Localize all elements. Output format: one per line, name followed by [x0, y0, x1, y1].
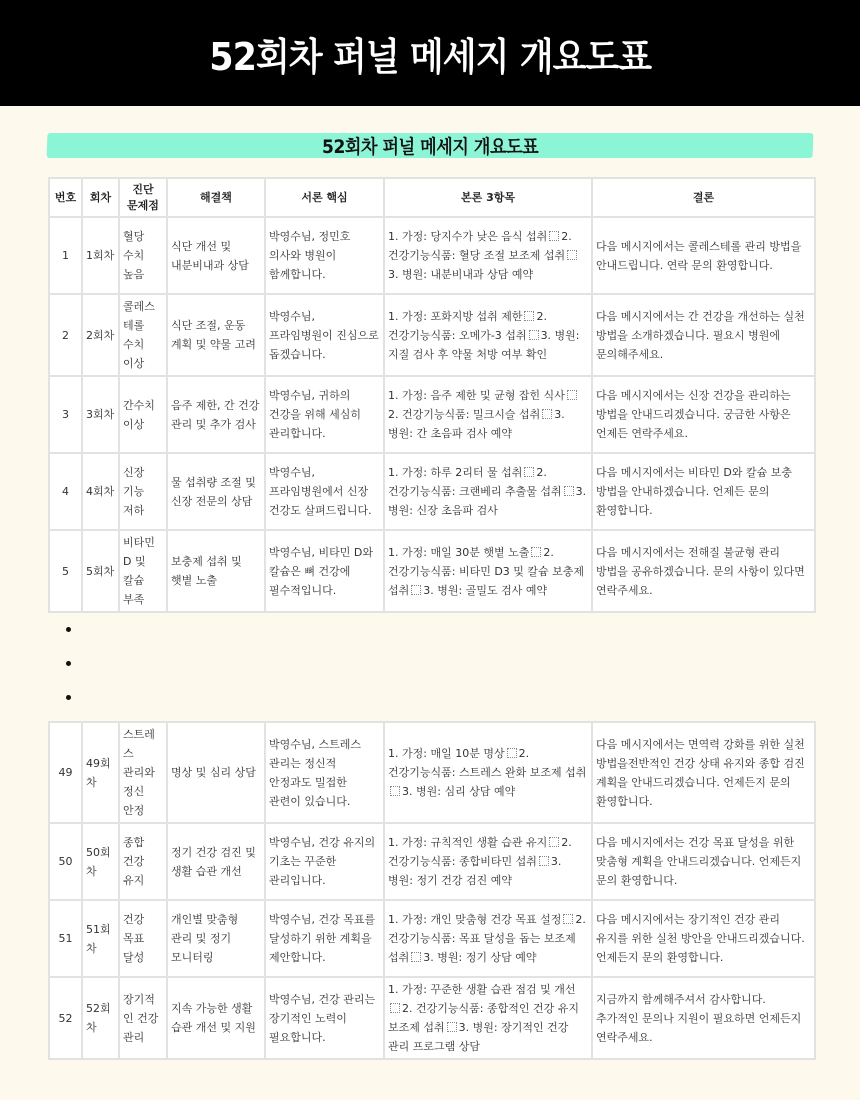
body-item: 1. 가정: 당지수가 낮은 음식 섭취 — [388, 230, 547, 243]
cell-intro: 박영수님, 스트레스 관리는 정신적 안정과도 밀접한 관련이 있습니다. — [265, 722, 384, 823]
cell-round: 1회차 — [82, 217, 119, 294]
body-item: 2. 건강기능식품: 밀크시슬 섭취 — [388, 408, 540, 421]
body-item: 3. 병원: 내분비내과 상담 예약 — [388, 268, 533, 281]
cell-problem: 장기적인 건강 관리 — [119, 977, 167, 1059]
cell-body: 1. 가정: 개인 맞춤형 건강 목표 설정2. 건강기능식품: 목표 달성을 … — [384, 900, 592, 977]
cell-problem: 혈당 수치 높음 — [119, 217, 167, 294]
table-row: 55회차비타민 D 및 칼슘 부족보충제 섭취 및 햇볕 노출박영수님, 비타민… — [49, 530, 815, 612]
cell-num: 52 — [49, 977, 82, 1059]
body-item: 3. 병원: 정기 상담 예약 — [423, 951, 536, 964]
cell-problem: 종합 건강 유지 — [119, 823, 167, 900]
cell-solution: 개인별 맞춤형 관리 및 정기 모니터링 — [167, 900, 265, 977]
cell-num: 5 — [49, 530, 82, 612]
cell-round: 49회차 — [82, 722, 119, 823]
cell-problem: 건강 목표 달성 — [119, 900, 167, 977]
table-header-row: 번호 회차 진단 문제점 해결책 서론 핵심 본론 3항목 결론 — [49, 178, 815, 217]
body-item: 1. 가정: 꾸준한 생활 습관 점검 및 개선 — [388, 983, 575, 996]
cell-num: 4 — [49, 453, 82, 530]
table-row: 33회차간수치 이상음주 제한, 간 건강 관리 및 추가 검사박영수님, 귀하… — [49, 376, 815, 453]
missing-glyph-icon — [390, 1003, 400, 1013]
col-header-solution: 해결책 — [167, 178, 265, 217]
cell-conclusion: 다음 메시지에서는 간 건강을 개선하는 실천 방법을 소개하겠습니다. 필요시… — [592, 294, 815, 376]
cell-conclusion: 지금까지 함께해주셔서 감사합니다. 추가적인 문의나 지원이 필요하면 언제든… — [592, 977, 815, 1059]
body-item: 1. 가정: 음주 제한 및 균형 잡힌 식사 — [388, 389, 565, 402]
cell-round: 52회차 — [82, 977, 119, 1059]
cell-intro: 박영수님, 프라임병원이 진심으로 돕겠습니다. — [265, 294, 384, 376]
missing-glyph-icon — [390, 786, 400, 796]
col-header-problem: 진단 문제점 — [119, 178, 167, 217]
missing-glyph-icon — [524, 467, 534, 477]
cell-round: 3회차 — [82, 376, 119, 453]
table-row: 5252회차장기적인 건강 관리지속 가능한 생활 습관 개선 및 지원박영수님… — [49, 977, 815, 1059]
cell-solution: 명상 및 심리 상담 — [167, 722, 265, 823]
missing-glyph-icon — [542, 409, 552, 419]
cell-round: 4회차 — [82, 453, 119, 530]
section-title: 52회차 퍼널 메세지 개요도표 — [322, 132, 538, 159]
missing-glyph-icon — [564, 486, 574, 496]
funnel-table-bottom: 4949회차스트레스 관리와 정신 안정명상 및 심리 상담박영수님, 스트레스… — [48, 721, 816, 1060]
cell-num: 49 — [49, 722, 82, 823]
missing-glyph-icon — [507, 748, 517, 758]
section-banner: 52회차 퍼널 메세지 개요도표 — [47, 133, 814, 158]
table-row: 5050회차종합 건강 유지정기 건강 검진 및 생활 습관 개선박영수님, 건… — [49, 823, 815, 900]
cell-solution: 식단 조절, 운동 계획 및 약물 고려 — [167, 294, 265, 376]
cell-conclusion: 다음 메시지에서는 건강 목표 달성을 위한 맞춤형 계획을 안내드리겠습니다.… — [592, 823, 815, 900]
col-header-conclusion: 결론 — [592, 178, 815, 217]
missing-glyph-icon — [563, 914, 573, 924]
cell-body: 1. 가정: 규칙적인 생활 습관 유지2. 건강기능식품: 종합비타민 섭취3… — [384, 823, 592, 900]
cell-round: 51회차 — [82, 900, 119, 977]
page-title: 52회차 퍼널 메세지 개요도표 — [209, 26, 651, 81]
cell-num: 50 — [49, 823, 82, 900]
cell-body: 1. 가정: 하루 2리터 물 섭취2. 건강기능식품: 크랜베리 추출물 섭취… — [384, 453, 592, 530]
cell-problem: 비타민 D 및 칼슘 부족 — [119, 530, 167, 612]
cell-conclusion: 다음 메시지에서는 면역력 강화를 위한 실천 방법을전반적인 건강 상태 유지… — [592, 722, 815, 823]
cell-intro: 박영수님, 건강 관리는 장기적인 노력이 필요합니다. — [265, 977, 384, 1059]
cell-body: 1. 가정: 음주 제한 및 균형 잡힌 식사2. 건강기능식품: 밀크시슬 섭… — [384, 376, 592, 453]
cell-num: 51 — [49, 900, 82, 977]
col-header-num: 번호 — [49, 178, 82, 217]
cell-problem: 스트레스 관리와 정신 안정 — [119, 722, 167, 823]
missing-glyph-icon — [529, 330, 539, 340]
cell-solution: 지속 가능한 생활 습관 개선 및 지원 — [167, 977, 265, 1059]
table-body-bottom: 4949회차스트레스 관리와 정신 안정명상 및 심리 상담박영수님, 스트레스… — [49, 722, 815, 1059]
body-item: 3. 병원: 골밀도 검사 예약 — [423, 584, 547, 597]
missing-glyph-icon — [524, 311, 534, 321]
cell-round: 5회차 — [82, 530, 119, 612]
cell-body: 1. 가정: 매일 10분 명상2. 건강기능식품: 스트레스 완화 보조제 섭… — [384, 722, 592, 823]
body-item: 1. 가정: 개인 맞춤형 건강 목표 설정 — [388, 913, 561, 926]
cell-body: 1. 가정: 포화지방 섭취 제한2. 건강기능식품: 오메가-3 섭취3. 병… — [384, 294, 592, 376]
cell-intro: 박영수님, 귀하의 건강을 위해 세심히 관리합니다. — [265, 376, 384, 453]
cell-conclusion: 다음 메시지에서는 비타민 D와 칼슘 보충 방법을 안내하겠습니다. 언제든 … — [592, 453, 815, 530]
cell-conclusion: 다음 메시지에서는 신장 건강을 관리하는 방법을 안내드리겠습니다. 궁금한 … — [592, 376, 815, 453]
table-row: 4949회차스트레스 관리와 정신 안정명상 및 심리 상담박영수님, 스트레스… — [49, 722, 815, 823]
table-row: 11회차혈당 수치 높음식단 개선 및 내분비내과 상담박영수님, 정민호 의사… — [49, 217, 815, 294]
body-item: 1. 가정: 포화지방 섭취 제한 — [388, 310, 522, 323]
table-row: 22회차콜레스테롤 수치 이상식단 조절, 운동 계획 및 약물 고려박영수님,… — [49, 294, 815, 376]
cell-solution: 보충제 섭취 및 햇볕 노출 — [167, 530, 265, 612]
missing-glyph-icon — [447, 1022, 457, 1032]
missing-glyph-icon — [567, 390, 577, 400]
cell-intro: 박영수님, 건강 목표를 달성하기 위한 계획을 제안합니다. — [265, 900, 384, 977]
missing-glyph-icon — [411, 952, 421, 962]
cell-conclusion: 다음 메시지에서는 전해질 불균형 관리 방법을 공유하겠습니다. 문의 사항이… — [592, 530, 815, 612]
cell-intro: 박영수님, 비타민 D와 칼슘은 뼈 건강에 필수적입니다. — [265, 530, 384, 612]
body-item: 1. 가정: 하루 2리터 물 섭취 — [388, 466, 522, 479]
cell-body: 1. 가정: 꾸준한 생활 습관 점검 및 개선2. 건강기능식품: 종합적인 … — [384, 977, 592, 1059]
cell-num: 1 — [49, 217, 82, 294]
cell-solution: 식단 개선 및 내분비내과 상담 — [167, 217, 265, 294]
table-row: 5151회차건강 목표 달성개인별 맞춤형 관리 및 정기 모니터링박영수님, … — [49, 900, 815, 977]
missing-glyph-icon — [549, 231, 559, 241]
cell-body: 1. 가정: 매일 30분 햇볕 노출2. 건강기능식품: 비타민 D3 및 칼… — [384, 530, 592, 612]
body-item: 3. 병원: 심리 상담 예약 — [402, 785, 515, 798]
cell-problem: 콜레스테롤 수치 이상 — [119, 294, 167, 376]
col-header-round: 회차 — [82, 178, 119, 217]
cell-solution: 정기 건강 검진 및 생활 습관 개선 — [167, 823, 265, 900]
cell-intro: 박영수님, 프라임병원에서 신장 건강도 살펴드립니다. — [265, 453, 384, 530]
cell-round: 50회차 — [82, 823, 119, 900]
body-item: 1. 가정: 매일 30분 햇볕 노출 — [388, 546, 529, 559]
cell-solution: 음주 제한, 간 건강 관리 및 추가 검사 — [167, 376, 265, 453]
missing-glyph-icon — [411, 585, 421, 595]
table-row: 44회차신장 기능 저하물 섭취량 조절 및 신장 전문의 상담박영수님, 프라… — [49, 453, 815, 530]
body-item: 1. 가정: 규칙적인 생활 습관 유지 — [388, 836, 547, 849]
col-header-body: 본론 3항목 — [384, 178, 592, 217]
cell-num: 2 — [49, 294, 82, 376]
cell-conclusion: 다음 메시지에서는 콜레스테롤 관리 방법을 안내드립니다. 연락 문의 환영합… — [592, 217, 815, 294]
cell-solution: 물 섭취량 조절 및 신장 전문의 상담 — [167, 453, 265, 530]
page-header: 52회차 퍼널 메세지 개요도표 — [0, 0, 860, 106]
missing-glyph-icon — [567, 250, 577, 260]
missing-glyph-icon — [531, 547, 541, 557]
cell-problem: 간수치 이상 — [119, 376, 167, 453]
cell-num: 3 — [49, 376, 82, 453]
table-body-top: 11회차혈당 수치 높음식단 개선 및 내분비내과 상담박영수님, 정민호 의사… — [49, 217, 815, 612]
cell-intro: 박영수님, 건강 유지의 기초는 꾸준한 관리입니다. — [265, 823, 384, 900]
cell-problem: 신장 기능 저하 — [119, 453, 167, 530]
col-header-intro: 서론 핵심 — [265, 178, 384, 217]
cell-intro: 박영수님, 정민호 의사와 병원이 함께합니다. — [265, 217, 384, 294]
cell-conclusion: 다음 메시지에서는 장기적인 건강 관리 유지를 위한 실천 방안을 안내드리겠… — [592, 900, 815, 977]
body-item: 1. 가정: 매일 10분 명상 — [388, 747, 505, 760]
funnel-table-top: 번호 회차 진단 문제점 해결책 서론 핵심 본론 3항목 결론 11회차혈당 … — [48, 177, 816, 613]
cell-body: 1. 가정: 당지수가 낮은 음식 섭취2. 건강기능식품: 혈당 조절 보조제… — [384, 217, 592, 294]
missing-glyph-icon — [539, 856, 549, 866]
cell-round: 2회차 — [82, 294, 119, 376]
missing-glyph-icon — [549, 837, 559, 847]
